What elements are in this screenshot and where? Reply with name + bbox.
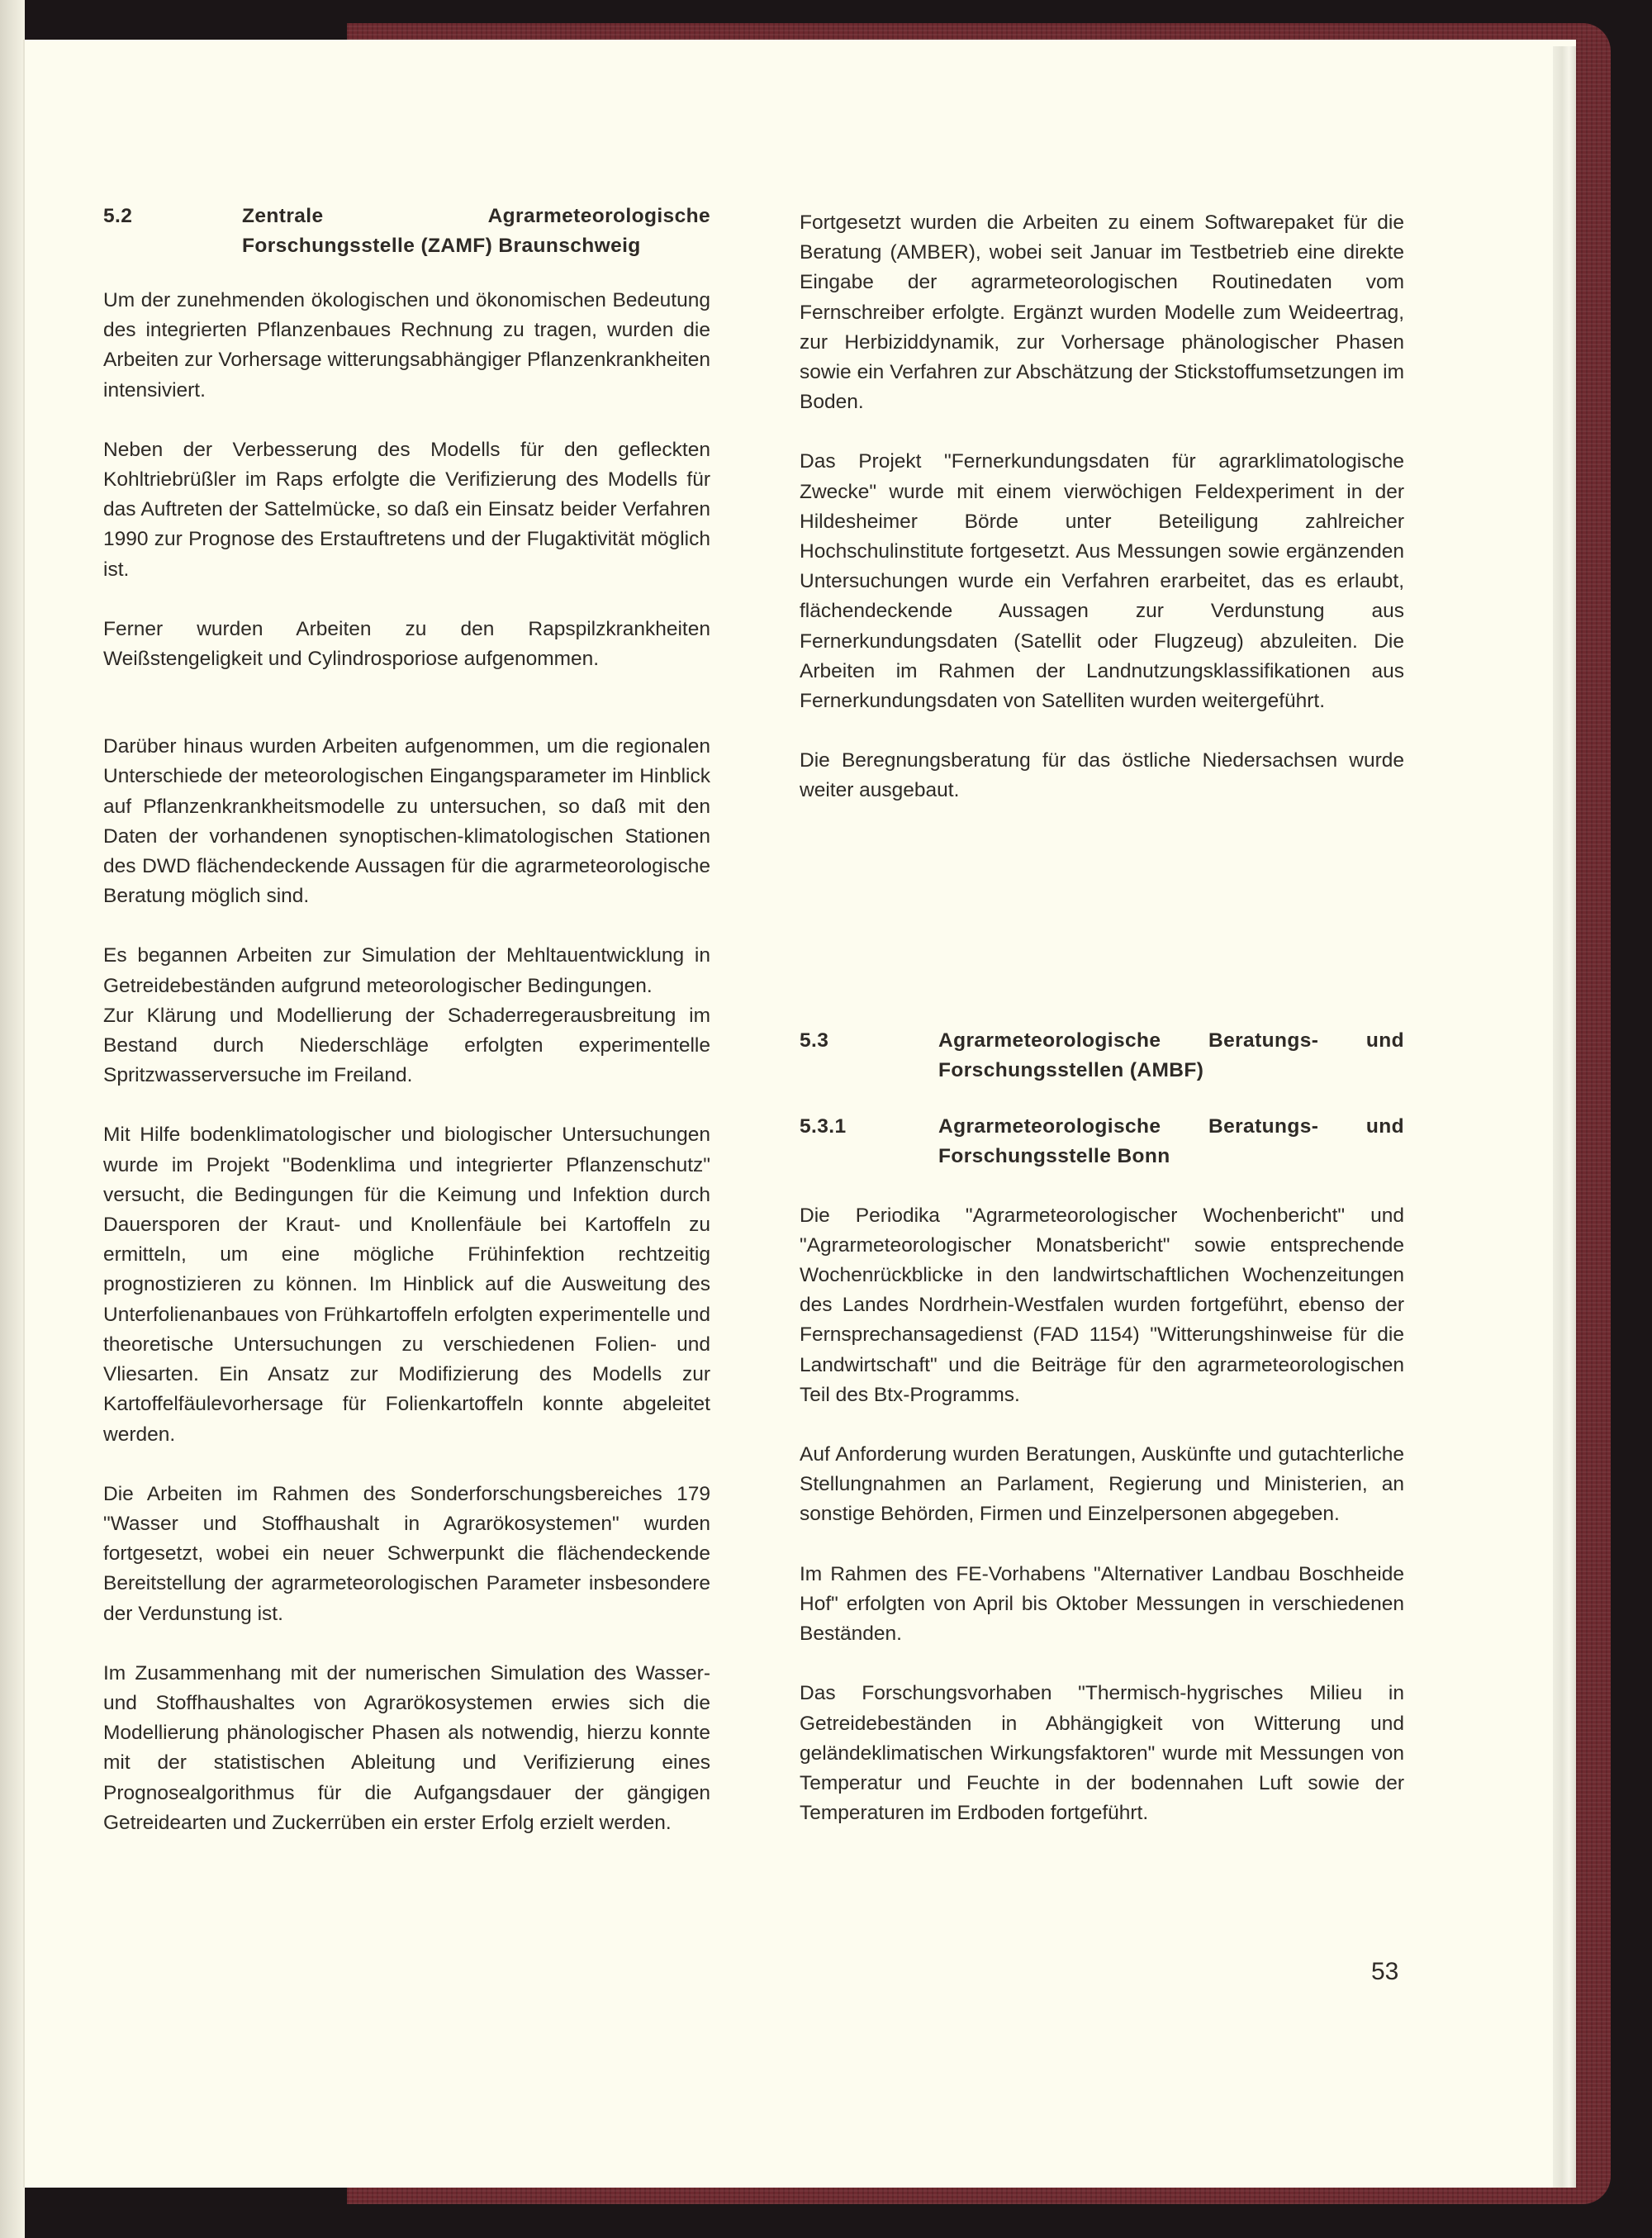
paragraph: Auf Anforderung wurden Beratungen, Auskü… bbox=[800, 1440, 1404, 1530]
section-number: 5.3.1 bbox=[800, 1112, 938, 1171]
paragraph: Zur Klärung und Modellierung der Schader… bbox=[103, 1001, 710, 1091]
page-block-edge bbox=[1553, 46, 1576, 2188]
paragraph: Die Periodika "Agrarmeteorologischer Woc… bbox=[800, 1201, 1404, 1410]
paragraph: Mit Hilfe bodenklimatologischer und biol… bbox=[103, 1120, 710, 1449]
section-title: Zentrale Agrarmeteorologische Forschungs… bbox=[242, 202, 710, 261]
section-title: Agrarmeteorologische Beratungs- und Fors… bbox=[938, 1112, 1404, 1171]
section-title: Agrarmeteorologische Beratungs- und Fors… bbox=[938, 1026, 1404, 1086]
page-number: 53 bbox=[1371, 1958, 1398, 1986]
paragraph: Fortgesetzt wurden die Arbeiten zu einem… bbox=[800, 208, 1404, 417]
paragraph: Im Zusammenhang mit der numerischen Simu… bbox=[103, 1659, 710, 1838]
paragraph: Das Forschungsvorhaben "Thermisch-hygris… bbox=[800, 1679, 1404, 1828]
section-heading-5-3-1: 5.3.1 Agrarmeteorologische Beratungs- un… bbox=[800, 1112, 1404, 1171]
paragraph: Neben der Verbesserung des Modells für d… bbox=[103, 435, 710, 585]
section-heading-5-3: 5.3 Agrarmeteorologische Beratungs- und … bbox=[800, 1026, 1404, 1086]
paragraph: Darüber hinaus wurden Arbeiten aufgenomm… bbox=[103, 732, 710, 911]
paragraph: Die Arbeiten im Rahmen des Sonderforschu… bbox=[103, 1480, 710, 1629]
section-heading-5-2: 5.2 Zentrale Agrarmeteorologische Forsch… bbox=[103, 202, 710, 261]
paragraph: Ferner wurden Arbeiten zu den Rapspilzkr… bbox=[103, 615, 710, 674]
left-column: Um der zunehmenden ökologischen und ökon… bbox=[103, 286, 710, 1868]
paragraph: Es begannen Arbeiten zur Simulation der … bbox=[103, 941, 710, 1000]
right-column: Fortgesetzt wurden die Arbeiten zu einem… bbox=[800, 208, 1404, 1858]
paragraph: Das Projekt "Fernerkundungsdaten für agr… bbox=[800, 447, 1404, 716]
facing-page-edge bbox=[0, 0, 25, 2238]
paragraph: Im Rahmen des FE-Vorhabens "Alternativer… bbox=[800, 1560, 1404, 1650]
section-number: 5.2 bbox=[103, 202, 242, 261]
paragraph: Um der zunehmenden ökologischen und ökon… bbox=[103, 286, 710, 406]
section-number: 5.3 bbox=[800, 1026, 938, 1086]
gutter-line bbox=[23, 40, 25, 2188]
paragraph: Die Beregnungsberatung für das östliche … bbox=[800, 746, 1404, 805]
